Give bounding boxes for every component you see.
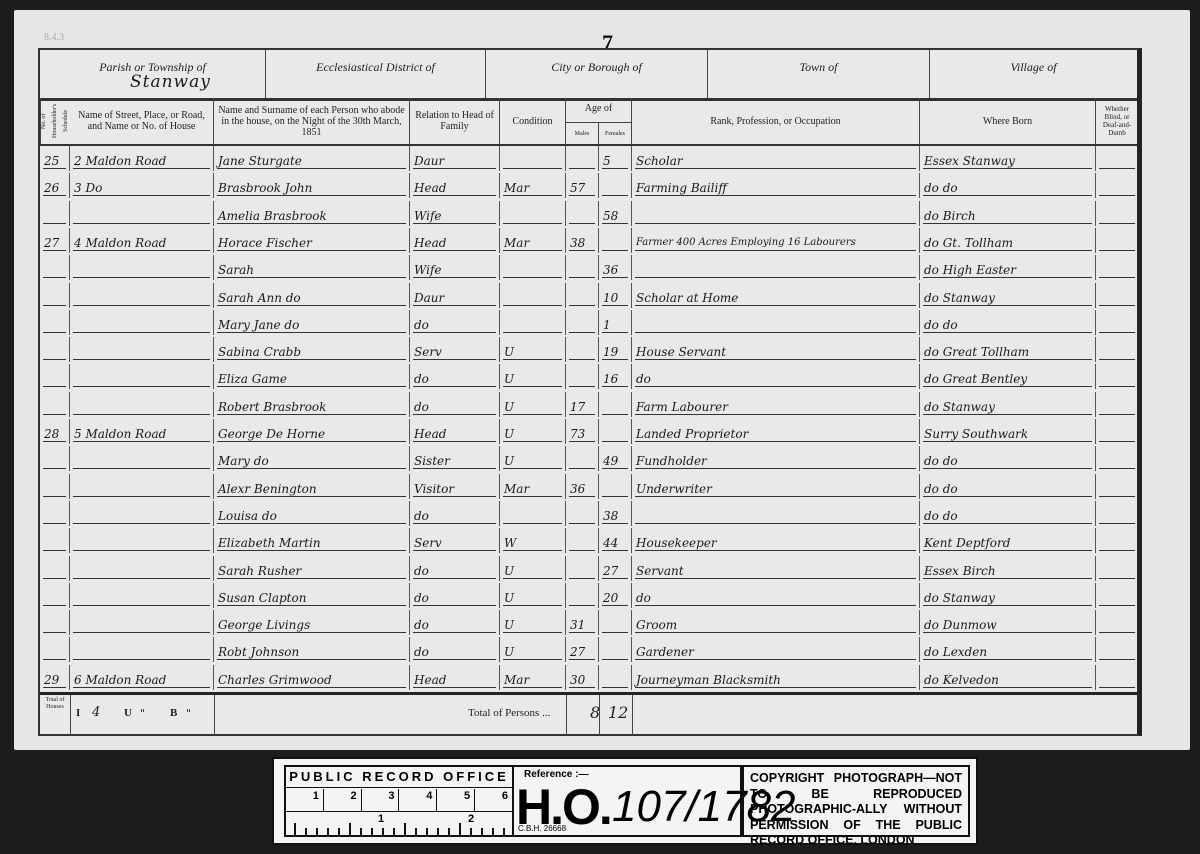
age-female-cell [599, 637, 632, 662]
condition-cell [500, 501, 566, 526]
age-female-cell [599, 228, 632, 253]
occupation-cell: Groom [632, 610, 920, 635]
age-female-cell-text: 20 [603, 591, 618, 605]
rule-line [923, 659, 1092, 660]
relation-cell: do [410, 556, 500, 581]
where-born-cell: do do [920, 173, 1096, 198]
col-where-born: Where Born [920, 98, 1096, 144]
street-cell-text: 2 Maldon Road [74, 154, 166, 168]
divider [566, 695, 567, 735]
rule-line [73, 386, 210, 387]
where-born-cell-text: do do [924, 181, 958, 195]
where-born-cell: do Stanway [920, 283, 1096, 308]
street-cell-text: 5 Maldon Road [74, 427, 166, 441]
relation-cell-text: do [414, 318, 429, 332]
street-cell [70, 610, 214, 635]
where-born-cell: do do [920, 501, 1096, 526]
schedule-cell [40, 283, 70, 308]
ruler-num: 1 [378, 813, 384, 825]
blind-cell [1096, 228, 1138, 253]
name-cell: Louisa do [214, 501, 410, 526]
rule-line [503, 359, 562, 360]
rule-line [413, 250, 496, 251]
relation-cell-text: do [414, 645, 429, 659]
age-female-cell-text: 38 [603, 509, 618, 523]
rule-line [635, 550, 916, 551]
where-born-cell-text: do Stanway [924, 591, 995, 605]
age-male-cell [566, 583, 599, 608]
table-row: Sabina CrabbServU19House Servantdo Great… [40, 337, 1137, 362]
relation-cell-text: Serv [414, 536, 442, 550]
where-born-cell-text: do Great Bentley [924, 372, 1027, 386]
column-headers: No. of Householder's Schedule Name of St… [40, 98, 1137, 146]
rule-line [1099, 305, 1135, 306]
rule-line [1099, 168, 1135, 169]
street-cell [70, 283, 214, 308]
rule-line [217, 386, 406, 387]
occupation-cell: Servant [632, 556, 920, 581]
age-male-cell [566, 255, 599, 280]
relation-cell: do [410, 364, 500, 389]
where-born-cell: do Dunmow [920, 610, 1096, 635]
rule-line [635, 605, 916, 606]
rule-line [73, 632, 210, 633]
relation-cell: Head [410, 228, 500, 253]
condition-cell-text: U [504, 591, 514, 605]
rule-line [503, 305, 562, 306]
table-row: Louisa dodo38do do [40, 501, 1137, 526]
blind-cell [1096, 337, 1138, 362]
street-cell-text: 3 Do [74, 181, 102, 195]
rule-line [602, 523, 628, 524]
table-row: Mary doSisterU49Fundholderdo do [40, 446, 1137, 471]
age-male-cell: 27 [566, 637, 599, 662]
rule-line [503, 578, 562, 579]
age-male-cell-text: 31 [570, 618, 585, 632]
parish-value: Stanway [130, 72, 211, 92]
age-female-cell-text: 44 [603, 536, 618, 550]
rule-line [602, 195, 628, 196]
relation-cell-text: do [414, 564, 429, 578]
schedule-cell [40, 583, 70, 608]
rule-line [217, 687, 406, 688]
rule-line [1099, 386, 1135, 387]
name-cell: Elizabeth Martin [214, 528, 410, 553]
rule-line [923, 632, 1092, 633]
rule-line [43, 578, 66, 579]
where-born-cell: do do [920, 310, 1096, 335]
cbh-number: C.B.H. 26668 [518, 824, 566, 833]
age-female-cell [599, 665, 632, 690]
rule-line [1099, 659, 1135, 660]
rule-line [217, 468, 406, 469]
rule-line [503, 468, 562, 469]
rule-line [569, 687, 595, 688]
street-cell [70, 528, 214, 553]
col-condition: Condition [500, 98, 566, 144]
relation-cell: Serv [410, 337, 500, 362]
age-male-cell [566, 528, 599, 553]
where-born-cell-text: do Kelvedon [924, 673, 999, 687]
rule-line [923, 605, 1092, 606]
rule-line [569, 223, 595, 224]
rule-line [413, 496, 496, 497]
name-cell: Eliza Game [214, 364, 410, 389]
occupation-cell [632, 201, 920, 226]
rule-line [602, 687, 628, 688]
relation-cell-text: do [414, 509, 429, 523]
condition-cell [500, 283, 566, 308]
condition-cell: U [500, 637, 566, 662]
rule-line [569, 632, 595, 633]
age-female-cell: 19 [599, 337, 632, 362]
name-cell: Amelia Brasbrook [214, 201, 410, 226]
occupation-cell-text: House Servant [636, 345, 726, 359]
ruler-num: 1 [286, 789, 324, 811]
condition-cell-text: U [504, 645, 514, 659]
rule-line [923, 496, 1092, 497]
name-cell-text: Brasbrook John [218, 181, 312, 195]
schedule-cell-text: 26 [44, 181, 59, 195]
name-cell-text: Amelia Brasbrook [218, 209, 327, 223]
schedule-cell-text: 29 [44, 673, 59, 687]
schedule-cell [40, 201, 70, 226]
condition-cell-text: U [504, 345, 514, 359]
rule-line [503, 441, 562, 442]
age-female-cell [599, 474, 632, 499]
name-cell-text: Alexr Benington [218, 482, 317, 496]
rule-line [413, 659, 496, 660]
rule-line [569, 195, 595, 196]
col-name: Name and Surname of each Person who abod… [214, 98, 410, 144]
occupation-cell-text: Housekeeper [636, 536, 717, 550]
age-male-cell-text: 57 [570, 181, 585, 195]
ecclesiastical-cell: Ecclesiastical District of [266, 50, 486, 98]
name-cell-text: Horace Fischer [218, 236, 312, 250]
ruler-tick [426, 828, 428, 837]
occupation-cell-text: Farming Bailiff [636, 181, 727, 195]
corner-mark: 8.4.3 [44, 32, 64, 43]
schedule-cell: 29 [40, 665, 70, 690]
relation-cell-text: do [414, 618, 429, 632]
rule-line [413, 687, 496, 688]
occupation-cell-text: Fundholder [636, 454, 707, 468]
table-row: 252 Maldon RoadJane SturgateDaur5Scholar… [40, 146, 1137, 171]
rule-line [602, 605, 628, 606]
rule-line [602, 250, 628, 251]
street-cell: 5 Maldon Road [70, 419, 214, 444]
where-born-cell: do Birch [920, 201, 1096, 226]
rule-line [923, 277, 1092, 278]
age-female-cell [599, 392, 632, 417]
blind-cell [1096, 528, 1138, 553]
where-born-cell-text: do Great Tollham [924, 345, 1029, 359]
rule-line [217, 168, 406, 169]
name-cell: Robert Brasbrook [214, 392, 410, 417]
header-top: Parish or Township of Stanway Ecclesiast… [40, 50, 1137, 101]
rule-line [1099, 687, 1135, 688]
street-cell: 2 Maldon Road [70, 146, 214, 171]
rule-line [43, 359, 66, 360]
age-female-cell: 44 [599, 528, 632, 553]
where-born-cell: do Stanway [920, 392, 1096, 417]
rule-line [43, 168, 66, 169]
blind-cell [1096, 310, 1138, 335]
rule-line [503, 523, 562, 524]
rule-line [923, 578, 1092, 579]
relation-cell-text: Wife [414, 263, 442, 277]
occupation-cell: Farmer 400 Acres Employing 16 Labourers [632, 228, 920, 253]
name-cell: Alexr Benington [214, 474, 410, 499]
condition-cell: U [500, 337, 566, 362]
rule-line [217, 414, 406, 415]
rule-line [1099, 359, 1135, 360]
rule-line [413, 223, 496, 224]
census-form: Parish or Township of Stanway Ecclesiast… [38, 48, 1142, 736]
rule-line [635, 250, 916, 251]
ruler-tick [481, 828, 483, 837]
rule-line [635, 578, 916, 579]
rule-line [569, 523, 595, 524]
age-male-cell: 30 [566, 665, 599, 690]
blind-cell [1096, 583, 1138, 608]
name-cell-text: Susan Clapton [218, 591, 306, 605]
table-row: 296 Maldon RoadCharles GrimwoodHeadMar30… [40, 665, 1137, 690]
rule-line [635, 468, 916, 469]
condition-cell-text: U [504, 372, 514, 386]
age-male-cell: 38 [566, 228, 599, 253]
occupation-cell-text: Gardener [636, 645, 694, 659]
table-row: Sarah Ann doDaur10Scholar at Homedo Stan… [40, 283, 1137, 308]
rule-line [413, 632, 496, 633]
rule-line [73, 523, 210, 524]
office-title: PUBLIC RECORD OFFICE [286, 767, 512, 788]
rule-line [413, 277, 496, 278]
rule-line [569, 414, 595, 415]
name-cell-text: Charles Grimwood [218, 673, 332, 687]
ruler-tick [360, 828, 362, 837]
rule-line [503, 659, 562, 660]
rule-line [73, 250, 210, 251]
rule-line [602, 441, 628, 442]
age-female-cell: 27 [599, 556, 632, 581]
rule-line [923, 332, 1092, 333]
street-cell [70, 474, 214, 499]
ruler-tick [371, 828, 373, 837]
relation-cell-text: Visitor [414, 482, 454, 496]
name-cell-text: Elizabeth Martin [218, 536, 321, 550]
table-row: Robert BrasbrookdoU17Farm Labourerdo Sta… [40, 392, 1137, 417]
divider [599, 695, 600, 735]
where-born-cell-text: Essex Birch [924, 564, 996, 578]
rule-line [73, 195, 210, 196]
schedule-cell [40, 637, 70, 662]
rule-line [602, 550, 628, 551]
age-female-cell [599, 419, 632, 444]
rule-line [1099, 195, 1135, 196]
rule-line [73, 332, 210, 333]
city-label: City or Borough of [551, 60, 642, 74]
relation-cell: Head [410, 665, 500, 690]
relation-cell: do [410, 392, 500, 417]
rule-line [503, 168, 562, 169]
schedule-cell [40, 528, 70, 553]
table-row: Sarah RusherdoU27ServantEssex Birch [40, 556, 1137, 581]
ruler-tick [492, 828, 494, 837]
rule-line [923, 441, 1092, 442]
rule-line [635, 659, 916, 660]
relation-cell: Head [410, 173, 500, 198]
rule-line [635, 523, 916, 524]
age-female-cell: 38 [599, 501, 632, 526]
relation-cell: Head [410, 419, 500, 444]
condition-cell [500, 255, 566, 280]
where-born-cell-text: Kent Deptford [924, 536, 1010, 550]
occupation-cell: Scholar [632, 146, 920, 171]
rule-line [569, 550, 595, 551]
age-male-cell-text: 36 [570, 482, 585, 496]
ruler-tick [316, 828, 318, 837]
ruler-num: 5 [437, 789, 475, 811]
rule-line [73, 359, 210, 360]
name-cell-text: Robert Brasbrook [218, 400, 326, 414]
ruler-tick [459, 823, 461, 837]
street-cell [70, 364, 214, 389]
rule-line [923, 687, 1092, 688]
rule-line [43, 305, 66, 306]
rule-line [217, 605, 406, 606]
rule-line [217, 659, 406, 660]
rule-line [43, 605, 66, 606]
rule-line [569, 468, 595, 469]
rule-line [635, 332, 916, 333]
condition-cell: W [500, 528, 566, 553]
age-male-cell-text: 73 [570, 427, 585, 441]
blind-cell [1096, 364, 1138, 389]
rule-line [1099, 496, 1135, 497]
uninhabited-value: " [140, 707, 145, 720]
occupation-cell [632, 501, 920, 526]
rule-line [602, 359, 628, 360]
rule-line [569, 277, 595, 278]
table-row: Robt JohnsondoU27Gardenerdo Lexden [40, 637, 1137, 662]
schedule-cell-text: 28 [44, 427, 59, 441]
rule-line [73, 168, 210, 169]
rule-line [1099, 605, 1135, 606]
rule-line [923, 359, 1092, 360]
rule-line [569, 332, 595, 333]
rule-line [1099, 550, 1135, 551]
where-born-cell: do do [920, 446, 1096, 471]
occupation-cell: Farm Labourer [632, 392, 920, 417]
rule-line [413, 359, 496, 360]
name-cell-text: Robt Johnson [218, 645, 299, 659]
rule-line [73, 659, 210, 660]
rule-line [73, 550, 210, 551]
rule-line [413, 441, 496, 442]
age-male-cell [566, 146, 599, 171]
name-cell: George De Horne [214, 419, 410, 444]
ruler-num: 2 [468, 813, 474, 825]
ruler-num: 2 [324, 789, 362, 811]
relation-cell: Visitor [410, 474, 500, 499]
name-cell-text: Jane Sturgate [218, 154, 302, 168]
ruler-tick [415, 828, 417, 837]
parish-cell: Parish or Township of Stanway [40, 50, 266, 98]
street-cell [70, 201, 214, 226]
rule-line [1099, 414, 1135, 415]
age-male-cell: 31 [566, 610, 599, 635]
rule-line [503, 687, 562, 688]
rule-line [413, 305, 496, 306]
relation-cell-text: Sister [414, 454, 450, 468]
name-cell: Jane Sturgate [214, 146, 410, 171]
ecclesiastical-label: Ecclesiastical District of [316, 60, 435, 74]
rule-line [569, 605, 595, 606]
rule-line [602, 168, 628, 169]
condition-cell: Mar [500, 228, 566, 253]
rule-line [503, 386, 562, 387]
name-cell: Mary do [214, 446, 410, 471]
rule-line [635, 223, 916, 224]
relation-cell-text: do [414, 372, 429, 386]
age-female-cell-text: 27 [603, 564, 618, 578]
occupation-cell: do [632, 583, 920, 608]
occupation-cell: Journeyman Blacksmith [632, 665, 920, 690]
rule-line [503, 195, 562, 196]
where-born-cell: do Lexden [920, 637, 1096, 662]
age-female-cell-text: 1 [603, 318, 611, 332]
street-cell [70, 310, 214, 335]
name-cell-text: George De Horne [218, 427, 325, 441]
name-cell: Robt Johnson [214, 637, 410, 662]
rule-line [1099, 223, 1135, 224]
rule-line [923, 195, 1092, 196]
name-cell: Mary Jane do [214, 310, 410, 335]
rule-line [217, 223, 406, 224]
condition-cell: U [500, 583, 566, 608]
inhabited-label: I [76, 707, 80, 719]
building-label: B [170, 707, 177, 719]
rule-line [413, 414, 496, 415]
building-value: " [186, 707, 191, 720]
occupation-cell-text: Journeyman Blacksmith [636, 673, 781, 687]
rule-line [413, 550, 496, 551]
name-cell-text: Sarah Ann do [218, 291, 301, 305]
condition-cell-text: Mar [504, 181, 529, 195]
age-female-cell: 16 [599, 364, 632, 389]
rule-line [503, 496, 562, 497]
schedule-cell: 27 [40, 228, 70, 253]
street-cell-text: 6 Maldon Road [74, 673, 166, 687]
name-cell-text: Louisa do [218, 509, 277, 523]
rule-line [73, 223, 210, 224]
name-cell: George Livings [214, 610, 410, 635]
condition-cell: U [500, 610, 566, 635]
condition-cell [500, 146, 566, 171]
name-cell-text: Eliza Game [218, 372, 287, 386]
rule-line [1099, 332, 1135, 333]
divider [214, 695, 215, 735]
ruler-tick [305, 828, 307, 837]
town-label: Town of [800, 60, 838, 74]
rule-line [73, 441, 210, 442]
age-male-cell [566, 337, 599, 362]
where-born-cell: do Great Tollham [920, 337, 1096, 362]
rule-line [503, 414, 562, 415]
relation-cell-text: do [414, 400, 429, 414]
rule-line [569, 441, 595, 442]
